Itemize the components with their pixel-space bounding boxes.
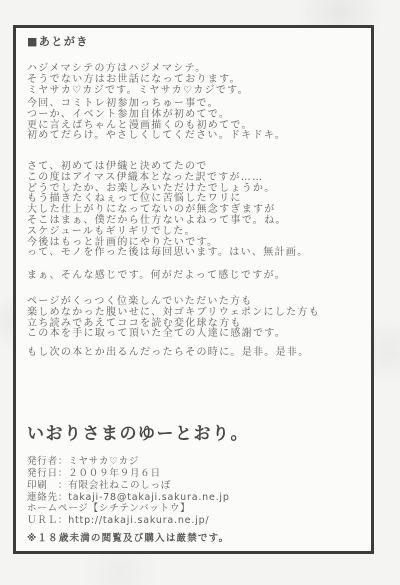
- homepage-info: ホームページ【シチテンバットウ】ＵＲＬ：http://takaji.sakura…: [27, 503, 367, 527]
- text-line: この度はアイマス伊織本となった訳ですが……: [27, 173, 367, 184]
- afterword-heading: ■あとがき: [27, 33, 367, 49]
- text-line: もし次の本とか出るんだったらその時に。是非。是非。: [27, 348, 367, 359]
- text-line: って、モノを作った後は毎回思います。はい、無計画。: [27, 248, 367, 259]
- text-line: スケジュールもギリギリでした。: [27, 227, 367, 238]
- text-line: 印刷 ：有限会社ねこのしっぽ: [27, 480, 367, 492]
- page-border-frame: ■あとがき ハジメマシテの方はハジメマシテ。そうでない方はお世話になっております…: [13, 25, 374, 554]
- text-line: まぁ、そんな感じです。何がだよって感じですが。: [27, 271, 367, 282]
- text-line: 発行日：２００９年９月６日: [27, 468, 367, 480]
- paragraph-remark: まぁ、そんな感じです。何がだよって感じですが。: [27, 271, 367, 282]
- text-line: つーか、イベント参加自体が初めてで。: [27, 110, 367, 121]
- scanned-afterword-page: { "page": { "heading": "■あとがき", "paragra…: [0, 0, 400, 585]
- text-line: ミヤサカ♡カジです。ミヤサカ♡カジです。: [27, 86, 367, 97]
- age-warning: ※１８歳未満の閲覧及び購入は厳禁です。: [27, 530, 367, 544]
- paragraph-first-event: 今回、コミトレ初参加っちゅー事で。つーか、イベント参加自体が初めてで。更に言えば…: [27, 99, 367, 142]
- text-line: 楽しめなかった腹いせに、対ゴキブリウェポンにした方も: [27, 308, 367, 319]
- text-line: 初めてだらけ。やさしくしてください。ドキドキ。: [27, 131, 367, 142]
- colophon: 発行者：ミヤサカ♡カジ発行日：２００９年９月６日印刷 ：有限会社ねこのしっぽ連絡…: [27, 456, 367, 504]
- book-title: いおりさまのゆーとおり。: [27, 419, 367, 444]
- paragraph-next-book: もし次の本とか出るんだったらその時に。是非。是非。: [27, 348, 367, 359]
- text-line: ホームページ【シチテンバットウ】: [27, 503, 367, 515]
- text-line: この本を手に取って頂いた全ての人達に感謝です。: [27, 329, 367, 340]
- text-line: ＵＲＬ：http://takaji.sakura.ne.jp/: [27, 515, 367, 527]
- text-line: そうでない方はお世話になっております。: [27, 75, 367, 86]
- paragraph-about-book: さて、初めては伊織と決めてたのでこの度はアイマス伊織本となった訳ですが……どうで…: [27, 162, 367, 259]
- paragraph-thanks: ページがくっつく位楽しんでいただいた方も楽しめなかった腹いせに、対ゴキブリウェポ…: [27, 297, 367, 340]
- paragraph-greeting: ハジメマシテの方はハジメマシテ。そうでない方はお世話になっております。ミヤサカ♡…: [27, 64, 367, 96]
- text-line: 発行者：ミヤサカ♡カジ: [27, 456, 367, 468]
